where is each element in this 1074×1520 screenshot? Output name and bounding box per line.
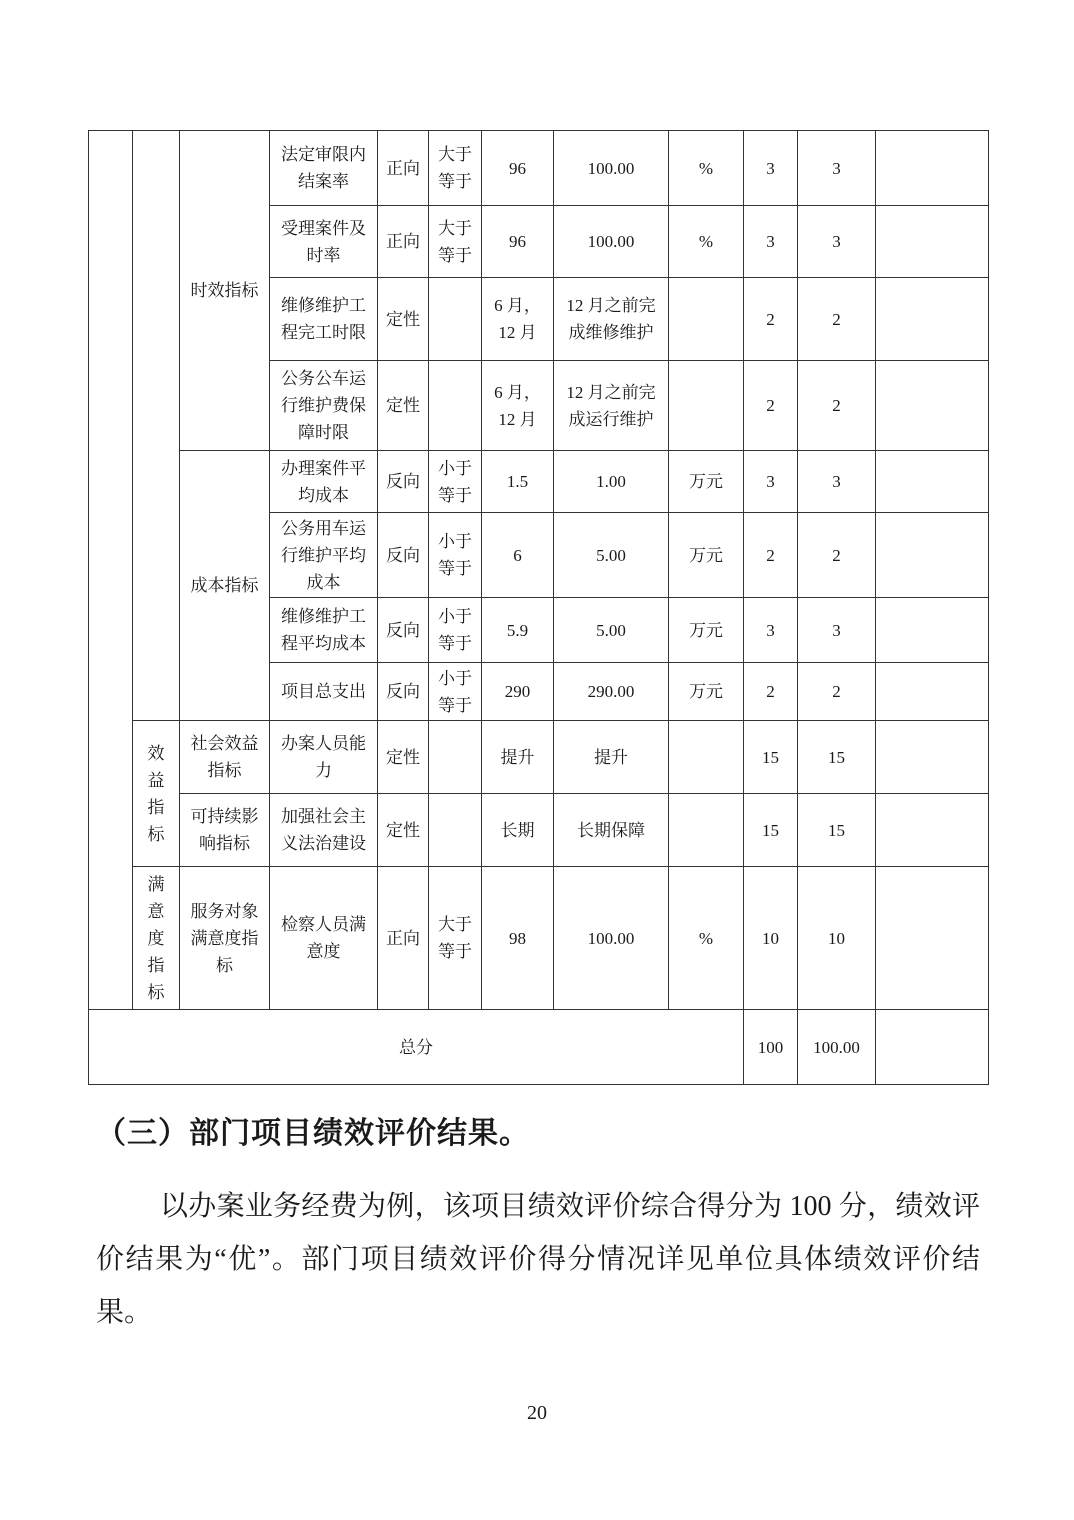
compare-cell: 小于 等于 [429, 513, 482, 598]
value-cell: 提升 [482, 721, 554, 794]
weight-cell: 10 [744, 867, 798, 1010]
remark-cell [876, 598, 989, 663]
weight-cell: 2 [744, 513, 798, 598]
direction-cell: 反向 [378, 513, 429, 598]
target-cell: 1.00 [554, 451, 669, 513]
category-label-satisfaction: 满 意 度 指 标 [133, 867, 180, 1010]
value-cell: 5.9 [482, 598, 554, 663]
performance-indicator-table: 时效指标 法定审限内 结案率 正向 大于 等于 96 100.00 % 3 3 … [88, 130, 989, 1085]
remark-cell [876, 131, 989, 206]
indicator-name-cell: 公务公车运 行维护费保 障时限 [270, 361, 378, 451]
target-cell: 100.00 [554, 131, 669, 206]
target-cell: 提升 [554, 721, 669, 794]
weight-cell: 3 [744, 131, 798, 206]
indicator-name-cell: 维修维护工 程平均成本 [270, 598, 378, 663]
table-row: 可持续影 响指标 加强社会主 义法治建设 定性 长期 长期保障 15 15 [89, 794, 989, 867]
weight-cell: 2 [744, 663, 798, 721]
category-label-benefit: 效 益 指 标 [133, 721, 180, 867]
score-cell: 15 [798, 721, 876, 794]
compare-cell: 小于 等于 [429, 598, 482, 663]
group-label-social-benefit: 社会效益 指标 [180, 721, 270, 794]
compare-cell [429, 794, 482, 867]
value-cell: 长期 [482, 794, 554, 867]
compare-cell [429, 361, 482, 451]
direction-cell: 定性 [378, 721, 429, 794]
total-score-cell: 100.00 [798, 1010, 876, 1085]
target-cell: 5.00 [554, 598, 669, 663]
weight-cell: 15 [744, 794, 798, 867]
table-row: 时效指标 法定审限内 结案率 正向 大于 等于 96 100.00 % 3 3 [89, 131, 989, 206]
value-cell: 98 [482, 867, 554, 1010]
direction-cell: 正向 [378, 867, 429, 1010]
unit-cell [669, 794, 744, 867]
weight-cell: 2 [744, 361, 798, 451]
score-cell: 2 [798, 278, 876, 361]
indicator-name-cell: 办理案件平 均成本 [270, 451, 378, 513]
weight-cell: 2 [744, 278, 798, 361]
score-cell: 3 [798, 131, 876, 206]
score-cell: 2 [798, 361, 876, 451]
document-page: 时效指标 法定审限内 结案率 正向 大于 等于 96 100.00 % 3 3 … [0, 0, 1074, 1520]
indicator-name-cell: 法定审限内 结案率 [270, 131, 378, 206]
direction-cell: 定性 [378, 278, 429, 361]
page-number: 20 [0, 1402, 1074, 1425]
unit-cell: 万元 [669, 451, 744, 513]
unit-cell [669, 278, 744, 361]
indicator-name-cell: 项目总支出 [270, 663, 378, 721]
group-label-timeliness: 时效指标 [180, 131, 270, 451]
compare-cell: 小于 等于 [429, 663, 482, 721]
value-cell: 290 [482, 663, 554, 721]
value-cell: 1.5 [482, 451, 554, 513]
unit-cell: % [669, 131, 744, 206]
remark-cell [876, 1010, 989, 1085]
target-cell: 12 月之前完 成运行维护 [554, 361, 669, 451]
score-cell: 2 [798, 663, 876, 721]
compare-cell [429, 721, 482, 794]
direction-cell: 反向 [378, 451, 429, 513]
weight-cell: 3 [744, 206, 798, 278]
remark-cell [876, 794, 989, 867]
target-cell: 290.00 [554, 663, 669, 721]
indicator-name-cell: 受理案件及 时率 [270, 206, 378, 278]
compare-cell: 大于 等于 [429, 131, 482, 206]
remark-cell [876, 451, 989, 513]
score-cell: 10 [798, 867, 876, 1010]
unit-cell [669, 361, 744, 451]
remark-cell [876, 278, 989, 361]
table-row: 满 意 度 指 标 服务对象 满意度指 标 检察人员满 意度 正向 大于 等于 … [89, 867, 989, 1010]
remark-cell [876, 663, 989, 721]
value-cell: 96 [482, 131, 554, 206]
indicator-name-cell: 公务用车运 行维护平均 成本 [270, 513, 378, 598]
value-cell: 96 [482, 206, 554, 278]
unit-cell [669, 721, 744, 794]
value-cell: 6 月， 12 月 [482, 361, 554, 451]
target-cell: 12 月之前完 成维修维护 [554, 278, 669, 361]
table-row: 成本指标 办理案件平 均成本 反向 小于 等于 1.5 1.00 万元 3 3 [89, 451, 989, 513]
direction-cell: 定性 [378, 361, 429, 451]
table-row: 效 益 指 标 社会效益 指标 办案人员能 力 定性 提升 提升 15 15 [89, 721, 989, 794]
indicator-name-cell: 办案人员能 力 [270, 721, 378, 794]
body-paragraph: 以办案业务经费为例，该项目绩效评价综合得分为 100 分，绩效评价结果为“优”。… [96, 1180, 980, 1339]
target-cell: 5.00 [554, 513, 669, 598]
score-cell: 3 [798, 598, 876, 663]
weight-cell: 3 [744, 451, 798, 513]
group-label-service-satisfaction: 服务对象 满意度指 标 [180, 867, 270, 1010]
target-cell: 长期保障 [554, 794, 669, 867]
score-cell: 15 [798, 794, 876, 867]
remark-cell [876, 361, 989, 451]
weight-cell: 3 [744, 598, 798, 663]
total-label-cell: 总分 [89, 1010, 744, 1085]
compare-cell: 大于 等于 [429, 867, 482, 1010]
spacer-cell-level1 [89, 131, 133, 1010]
compare-cell [429, 278, 482, 361]
direction-cell: 正向 [378, 206, 429, 278]
weight-cell: 15 [744, 721, 798, 794]
target-cell: 100.00 [554, 867, 669, 1010]
unit-cell: 万元 [669, 598, 744, 663]
indicator-name-cell: 维修维护工 程完工时限 [270, 278, 378, 361]
remark-cell [876, 206, 989, 278]
direction-cell: 正向 [378, 131, 429, 206]
compare-cell: 大于 等于 [429, 206, 482, 278]
section-heading: （三）部门项目绩效评价结果。 [96, 1112, 980, 1156]
direction-cell: 定性 [378, 794, 429, 867]
direction-cell: 反向 [378, 598, 429, 663]
compare-cell: 小于 等于 [429, 451, 482, 513]
total-weight-cell: 100 [744, 1010, 798, 1085]
table-total-row: 总分 100 100.00 [89, 1010, 989, 1085]
unit-cell: % [669, 867, 744, 1010]
direction-cell: 反向 [378, 663, 429, 721]
unit-cell: % [669, 206, 744, 278]
group-label-cost: 成本指标 [180, 451, 270, 721]
indicator-name-cell: 检察人员满 意度 [270, 867, 378, 1010]
indicator-name-cell: 加强社会主 义法治建设 [270, 794, 378, 867]
group-label-sustainability: 可持续影 响指标 [180, 794, 270, 867]
score-cell: 3 [798, 206, 876, 278]
unit-cell: 万元 [669, 513, 744, 598]
remark-cell [876, 867, 989, 1010]
spacer-cell-level2 [133, 131, 180, 721]
value-cell: 6 [482, 513, 554, 598]
target-cell: 100.00 [554, 206, 669, 278]
remark-cell [876, 721, 989, 794]
value-cell: 6 月， 12 月 [482, 278, 554, 361]
remark-cell [876, 513, 989, 598]
score-cell: 3 [798, 451, 876, 513]
unit-cell: 万元 [669, 663, 744, 721]
score-cell: 2 [798, 513, 876, 598]
